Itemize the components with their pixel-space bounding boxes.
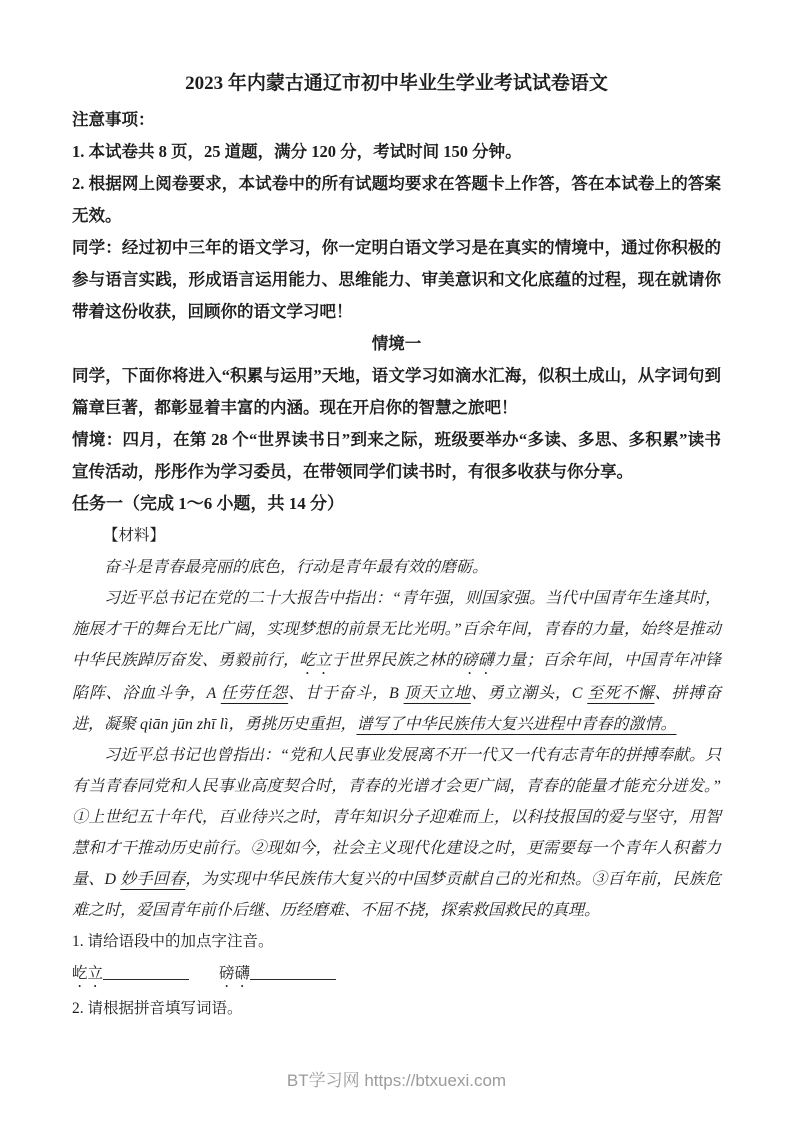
q1-word-yili: 屹立 bbox=[72, 965, 103, 982]
scenario-1-heading: 情境一 bbox=[72, 328, 721, 360]
scenario-1-lead: 同学，下面你将进入“积累与运用”天地，语文学习如滴水汇海，似积土成山，从字词句到… bbox=[72, 360, 721, 424]
p2-dotted-word-yili: 屹立 bbox=[299, 652, 331, 669]
footer-site-link[interactable]: BT学习网 https://btxuexi.com bbox=[287, 1071, 506, 1090]
p2-idiom-c-underlined: 至死不懈 bbox=[587, 685, 654, 702]
page-title: 2023 年内蒙古通辽市初中毕业生学业考试试卷语文 bbox=[72, 70, 721, 98]
p2-idiom-a-underlined: 任劳任怨 bbox=[221, 685, 288, 702]
p2-segment-1: 于世界民族之林的 bbox=[332, 652, 462, 669]
q1-word-pangbo: 磅礴 bbox=[219, 965, 250, 982]
site-footer: BT学习网 https://btxuexi.com bbox=[0, 1066, 793, 1091]
question-2: 2. 请根据拼音填写词语。 bbox=[72, 993, 721, 1025]
intro-paragraph: 同学：经过初中三年的语文学习，你一定明白语文学习是在真实的情境中，通过你积极的参… bbox=[72, 232, 721, 328]
q1-blank-pangbo bbox=[250, 965, 336, 980]
scenario-1-context: 情境：四月，在第 28 个“世界读书日”到来之际，班级要举办“多读、多思、多积累… bbox=[72, 424, 721, 488]
material-label: 【材料】 bbox=[72, 520, 721, 552]
material-paragraph-2: 习近平总书记在党的二十大报告中指出：“青年强，则国家强。当代中国青年生逢其时，施… bbox=[72, 583, 721, 740]
question-1-answer-line: 屹立磅礴 bbox=[72, 958, 721, 991]
p3-segment-0: 习近平总书记也曾指出：“党和人民事业发展离不开一代又一代有志青年的拼搏奉献。只有… bbox=[72, 747, 721, 888]
p3-idiom-d-underlined: 妙手回春 bbox=[120, 871, 185, 888]
notice-heading: 注意事项： bbox=[72, 104, 721, 136]
notice-item-2: 2. 根据网上阅卷要求，本试卷中的所有试题均要求在答题卡上作答，答在本试卷上的答… bbox=[72, 168, 721, 232]
exam-paper-page: 2023 年内蒙古通辽市初中毕业生学业考试试卷语文 注意事项： 1. 本试卷共 … bbox=[0, 0, 793, 1122]
p2-segment-4: 、勇立潮头，C bbox=[471, 685, 587, 702]
material-paragraph-1: 奋斗是青春最亮丽的底色，行动是青年最有效的磨砺。 bbox=[72, 552, 721, 583]
question-1: 1. 请给语段中的加点字注音。 bbox=[72, 926, 721, 958]
notice-item-1: 1. 本试卷共 8 页，25 道题，满分 120 分，考试时间 150 分钟。 bbox=[72, 136, 721, 168]
p2-segment-3: 、甘于奋斗，B bbox=[288, 685, 403, 702]
p2-dotted-word-pangbo: 磅礴 bbox=[462, 652, 494, 669]
q1-blank-yili bbox=[103, 965, 189, 980]
p2-underlined-tail: 谱写了中华民族伟大复兴进程中青春的激情。 bbox=[356, 716, 676, 733]
material-paragraph-3: 习近平总书记也曾指出：“党和人民事业发展离不开一代又一代有志青年的拼搏奉献。只有… bbox=[72, 740, 721, 926]
p2-idiom-b-underlined: 顶天立地 bbox=[404, 685, 471, 702]
task-1-heading: 任务一（完成 1～6 小题，共 14 分） bbox=[72, 488, 721, 520]
